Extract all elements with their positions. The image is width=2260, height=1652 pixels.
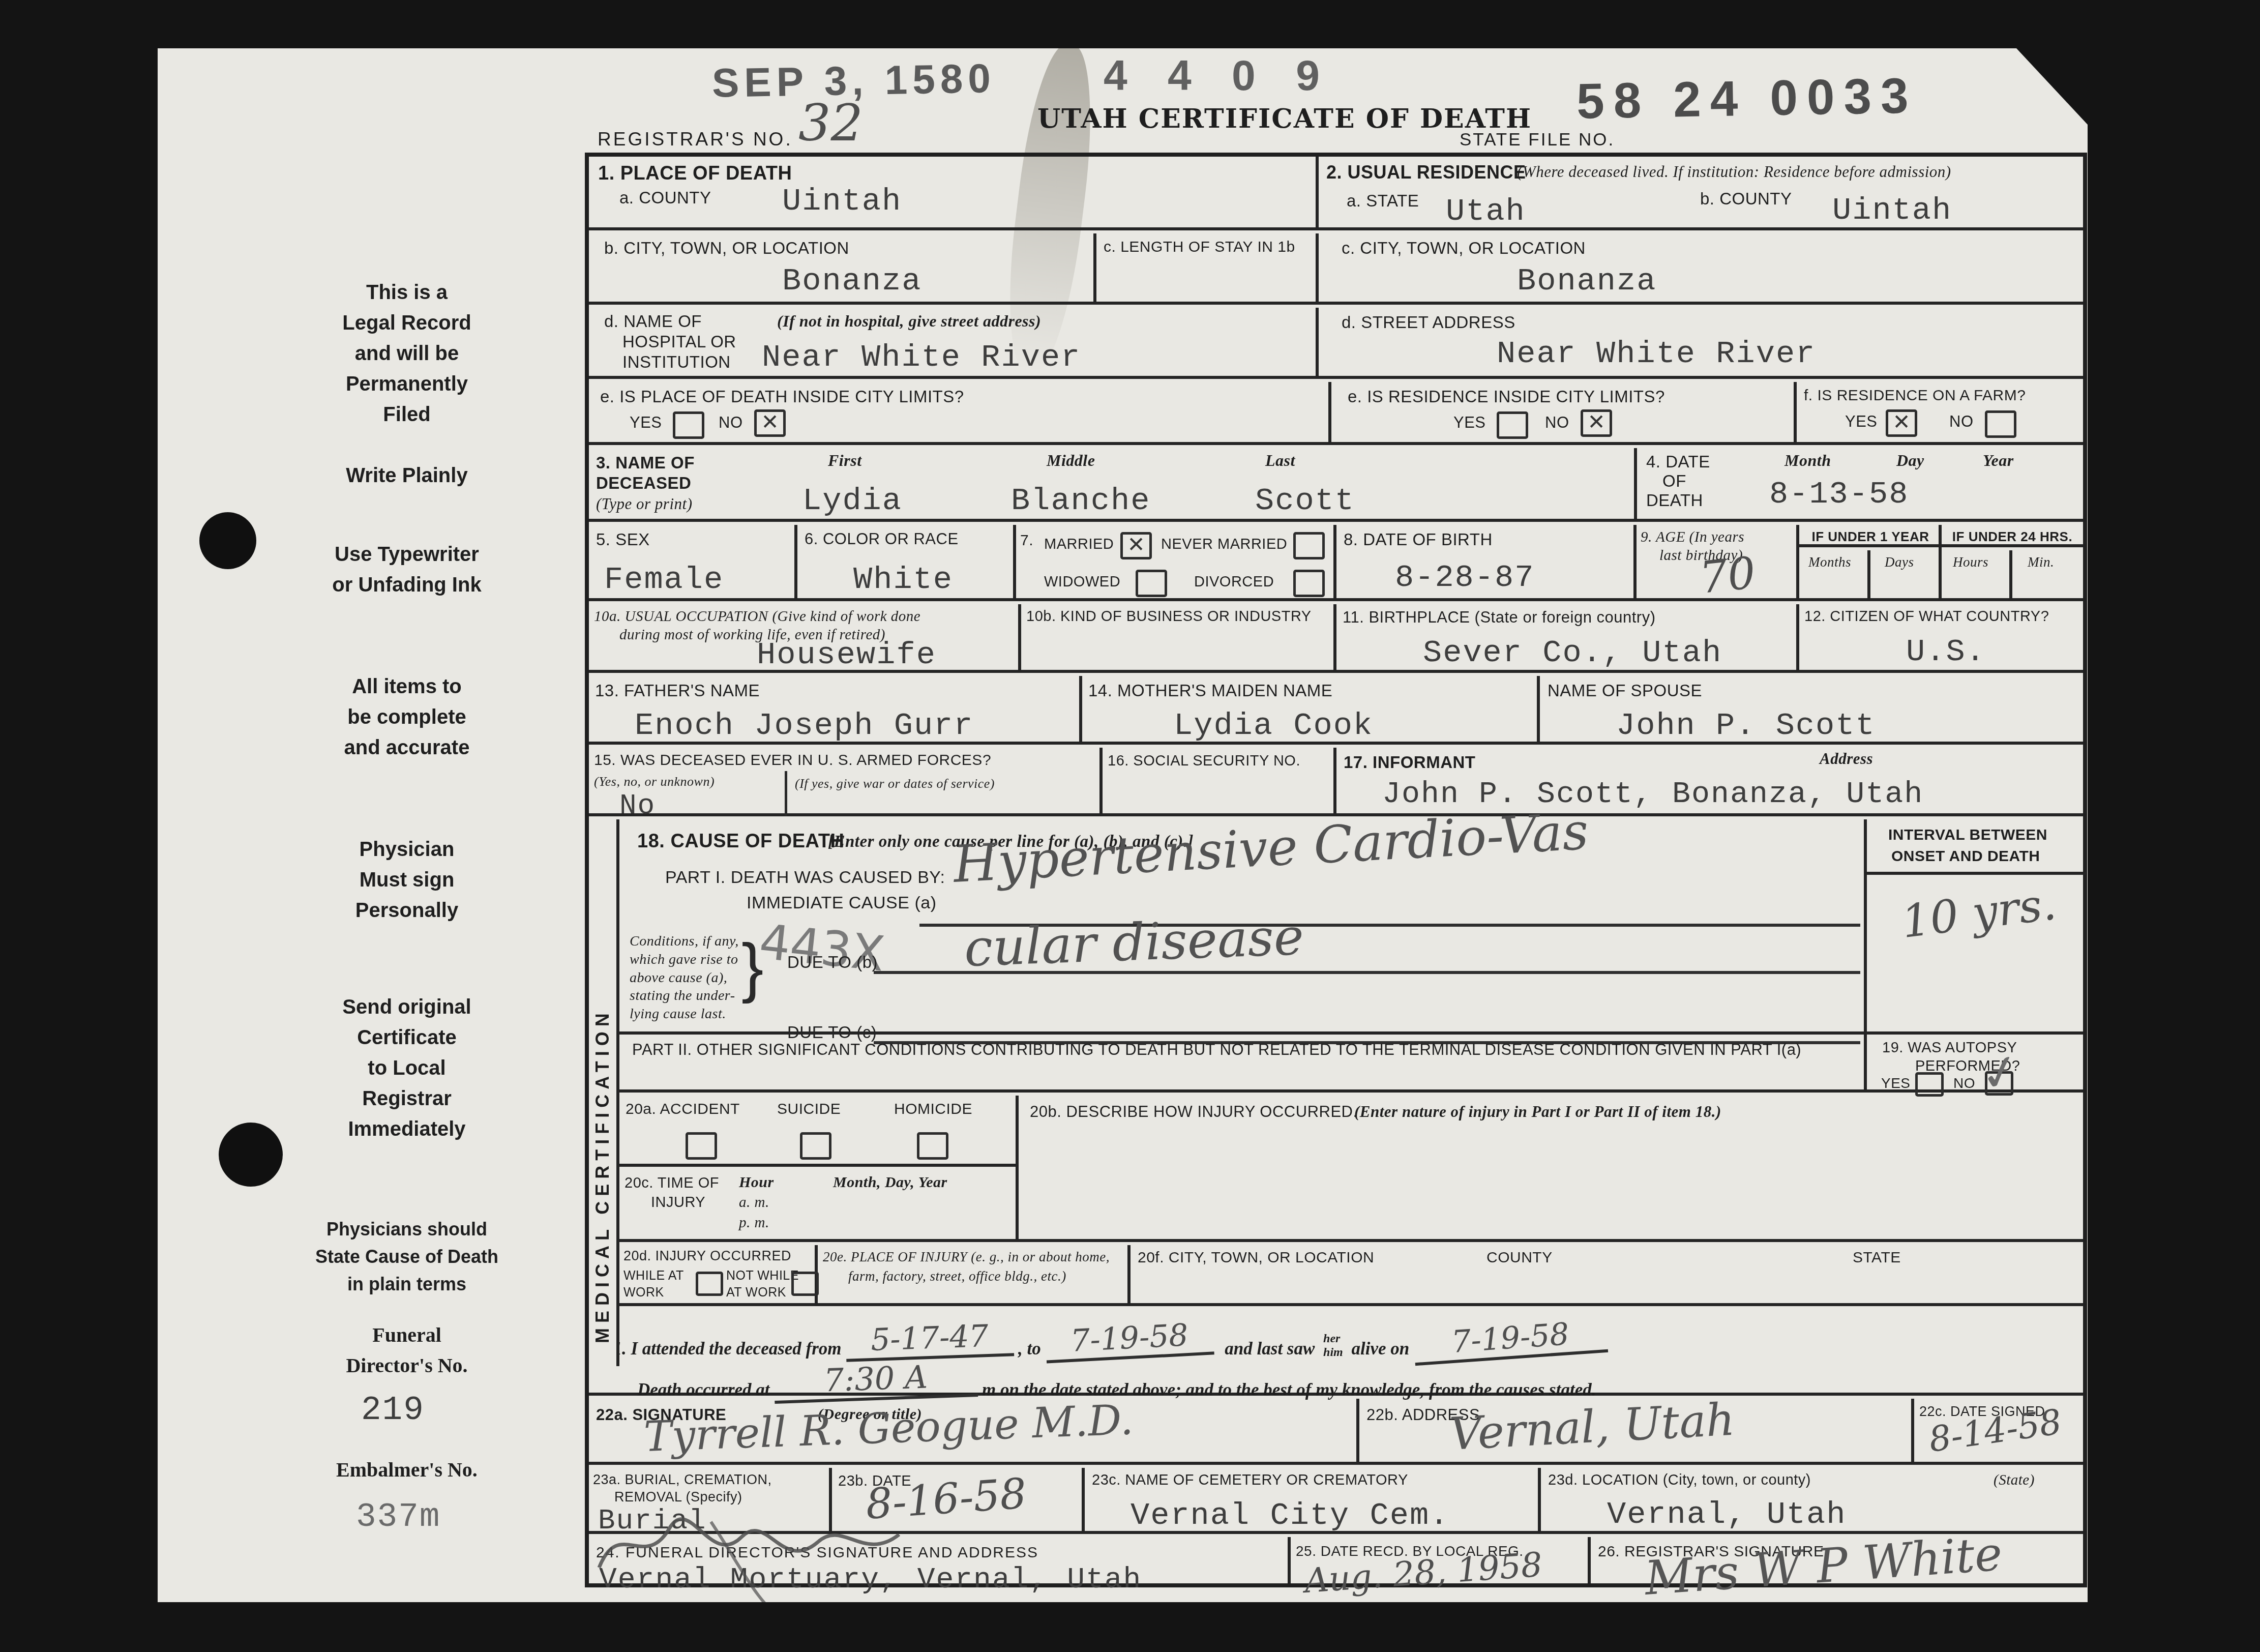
father-label: 13. FATHER'S NAME (595, 681, 760, 700)
informant-address-label: Address (1820, 750, 1873, 768)
registrar-no-label: REGISTRAR'S NO. (598, 129, 793, 150)
residence-county-value: Uintah (1832, 192, 1952, 228)
residence-city-value: Bonanza (1517, 263, 1656, 299)
never-married-label: NEVER MARRIED (1161, 536, 1287, 553)
month-day-year-label: Month, Day, Year (833, 1174, 947, 1191)
date-of-death-value: 8-13-58 (1769, 476, 1909, 512)
citizen-label: 12. CITIZEN OF WHAT COUNTRY? (1804, 608, 2049, 625)
min-label: Min. (2028, 554, 2054, 570)
describe-injury-note: (Enter nature of injury in Part I or Par… (1354, 1103, 1721, 1121)
never-married-checkbox (1293, 532, 1325, 559)
while-at-work-label: WHILE AT WORK (623, 1267, 684, 1301)
spouse-label: NAME OF SPOUSE (1548, 681, 1702, 700)
due-to-b-label: DUE TO (b) (787, 953, 878, 972)
last-name-value: Scott (1255, 483, 1355, 519)
divorced-checkbox (1293, 570, 1325, 597)
place-of-death-title: 1. PLACE OF DEATH (598, 163, 792, 185)
date-of-birth-label: 8. DATE OF BIRTH (1344, 530, 1493, 549)
cause-line-b (874, 941, 1860, 974)
residence-limits-yes-checkbox (1497, 411, 1528, 439)
margin-note-physician-sign: Physician Must sign Personally (300, 834, 514, 926)
place-county-label: a. COUNTY (619, 188, 711, 208)
hospital-note: (If not in hospital, give street address… (777, 312, 1041, 331)
burial-location-label: 23d. LOCATION (City, town, or county) (1548, 1472, 1811, 1489)
days-label: Days (1885, 554, 1914, 570)
funeral-director-no-label: Funeral Director's No. (300, 1320, 514, 1381)
residence-state-value: Utah (1446, 193, 1526, 229)
father-value: Enoch Joseph Gurr (635, 707, 974, 744)
day-label: Day (1896, 451, 1924, 470)
registrar-no-value: 32 (798, 93, 863, 153)
residence-city-limits-label: e. IS RESIDENCE INSIDE CITY LIMITS? (1348, 387, 1665, 406)
first-name-label: First (828, 451, 862, 470)
mother-value: Lydia Cook (1174, 707, 1373, 744)
place-county-value: Uintah (782, 183, 902, 219)
funeral-director-no-value: 219 (361, 1391, 425, 1429)
part1-label: PART I. DEATH WAS CAUSED BY: (665, 868, 945, 888)
certificate-form: 1. PLACE OF DEATH a. COUNTY Uintah 2. US… (585, 153, 2087, 1587)
birthplace-value: Sever Co., Utah (1423, 635, 1722, 671)
year-label: Year (1983, 451, 2014, 470)
margin-note-typewriter: Use Typewriter or Unfading Ink (300, 539, 514, 600)
cemetery-value: Vernal City Cem. (1131, 1497, 1449, 1533)
margin-note-write-plainly: Write Plainly (300, 460, 514, 491)
burial-label-1: 23a. BURIAL, CREMATION, (593, 1472, 772, 1488)
first-name-value: Lydia (802, 483, 902, 519)
last-seen-value: 7-19-58 (1413, 1314, 1608, 1366)
date-of-birth-value: 8-28-87 (1395, 559, 1534, 596)
marital-number: 7. (1020, 532, 1033, 549)
medical-certification-label: MEDICAL CERTIFICATION (592, 860, 613, 1343)
death-limits-no-checkbox: ✕ (754, 409, 786, 437)
month-label: Month (1785, 451, 1831, 470)
hospital-label-3: INSTITUTION (622, 352, 731, 372)
him-label: him (1323, 1346, 1343, 1359)
place-of-injury-label-2: farm, factory, street, office bldg., etc… (848, 1268, 1066, 1284)
certificate-paper: SEP 3, 1580 4 4 0 9 UTAH CERTIFICATE OF … (158, 48, 2088, 1602)
date-of-death-label-2: OF (1662, 471, 1686, 491)
not-while-at-work-checkbox (791, 1272, 819, 1296)
cemetery-label: 23c. NAME OF CEMETERY OR CREMATORY (1092, 1472, 1408, 1489)
street-address-value: Near White River (1497, 336, 1816, 372)
mother-label: 14. MOTHER'S MAIDEN NAME (1088, 681, 1332, 700)
hospital-value: Near White River (762, 339, 1081, 375)
age-label-1: 9. AGE (In years (1641, 529, 1744, 546)
registrar-signature-value: Mrs W P White (1643, 1526, 2004, 1606)
time-of-injury-label-1: 20c. TIME OF (625, 1175, 719, 1192)
hospital-label-2: HOSPITAL OR (622, 332, 736, 351)
pm-label: p. m. (739, 1215, 769, 1231)
armed-forces-note-1: (Yes, no, or unknown) (594, 774, 715, 789)
death-time-value: 7:30 A (774, 1356, 978, 1404)
farm-no-label: NO (1949, 412, 1974, 431)
form-title: UTAH CERTIFICATE OF DEATH (1037, 103, 1532, 134)
farm-yes-checkbox: ✕ (1886, 409, 1917, 437)
burial-location-state-note: (State) (1994, 1472, 2035, 1489)
accident-label: 20a. ACCIDENT (626, 1101, 740, 1118)
death-city-limits-label: e. IS PLACE OF DEATH INSIDE CITY LIMITS? (600, 387, 964, 406)
farm-no-checkbox (1985, 410, 2016, 438)
state-file-label: STATE FILE NO. (1460, 130, 1615, 150)
her-label: her (1323, 1332, 1343, 1345)
accident-checkbox (686, 1132, 717, 1160)
ssn-label: 16. SOCIAL SECURITY NO. (1108, 753, 1300, 770)
armed-forces-note-2: (If yes, give war or dates of service) (795, 776, 995, 791)
cause-code-pencil: 443X (757, 914, 887, 983)
cause-of-death-title: 18. CAUSE OF DEATH (637, 831, 844, 852)
middle-name-value: Blanche (1011, 483, 1150, 519)
death-limits-yes-checkbox (673, 411, 704, 439)
length-of-stay-label: c. LENGTH OF STAY IN 1b (1104, 239, 1295, 256)
if-under-1-year-label: IF UNDER 1 YEAR (1799, 525, 1942, 547)
married-checkbox: ✕ (1120, 532, 1152, 559)
immediate-cause-label: IMMEDIATE CAUSE (a) (747, 893, 936, 913)
spouse-value: John P. Scott (1616, 707, 1876, 744)
state-file-stamp: 58 24 0033 (1576, 67, 1918, 130)
informant-value: John P. Scott, Bonanza, Utah (1382, 777, 1923, 812)
time-of-injury-label-2: INJURY (651, 1194, 705, 1211)
conditions-note: Conditions, if any, which gave rise to a… (630, 932, 739, 1023)
suicide-label: SUICIDE (777, 1101, 841, 1118)
deceased-note: (Type or print) (596, 495, 692, 513)
injury-occurred-label: 20d. INJURY OCCURRED (623, 1248, 791, 1264)
death-occurred-rest: m on the date stated above; and to the b… (982, 1380, 1596, 1400)
armed-forces-value: No (619, 789, 656, 822)
hospital-label-1: d. NAME OF (604, 312, 702, 331)
informant-label: 17. INFORMANT (1344, 753, 1476, 772)
attended-saw: and last saw (1225, 1339, 1315, 1359)
punch-hole (219, 1123, 283, 1187)
describe-injury-label: 20b. DESCRIBE HOW INJURY OCCURRED. (1030, 1103, 1358, 1121)
widowed-checkbox (1136, 570, 1167, 597)
place-city-label: b. CITY, TOWN, OR LOCATION (604, 239, 849, 258)
residence-limits-no-label: NO (1545, 414, 1569, 432)
divorced-label: DIVORCED (1194, 574, 1274, 591)
attended-to-value: 7-19-58 (1045, 1316, 1214, 1363)
injury-county-label: COUNTY (1486, 1249, 1553, 1266)
death-limits-yes-label: YES (630, 414, 662, 432)
date-of-death-label-3: DEATH (1646, 491, 1703, 510)
embalmer-no-label: Embalmer's No. (300, 1455, 514, 1485)
citizen-value: U.S. (1906, 634, 1986, 670)
am-label: a. m. (739, 1194, 769, 1211)
deceased-title-2: DECEASED (596, 474, 691, 493)
homicide-label: HOMICIDE (894, 1101, 972, 1118)
residence-title: 2. USUAL RESIDENCE (1326, 162, 1526, 183)
hour-label: Hour (739, 1174, 774, 1191)
injury-city-label: 20f. CITY, TOWN, OR LOCATION (1138, 1249, 1374, 1266)
scanned-death-certificate: SEP 3, 1580 4 4 0 9 UTAH CERTIFICATE OF … (0, 0, 2260, 1652)
autopsy-yes-label: YES (1881, 1075, 1911, 1091)
months-label: Months (1808, 554, 1851, 570)
industry-label: 10b. KIND OF BUSINESS OR INDUSTRY (1026, 608, 1312, 625)
autopsy-no-label: NO (1953, 1075, 1975, 1091)
age-value: 70 (1698, 547, 1758, 604)
interval-label-2: ONSET AND DEATH (1891, 848, 2040, 865)
interval-label-1: INTERVAL BETWEEN (1888, 827, 2047, 844)
funeral-director-signature-scribble (589, 1507, 945, 1588)
margin-note-complete: All items to be complete and accurate (300, 671, 514, 763)
deceased-title-1: 3. NAME OF (596, 453, 695, 473)
burial-label-2: REMOVAL (Specify) (614, 1489, 742, 1505)
attended-comma-to: , to (1018, 1339, 1041, 1359)
last-name-label: Last (1265, 451, 1295, 470)
farm-yes-label: YES (1845, 412, 1878, 431)
not-while-at-work-label: NOT WHILE AT WORK (726, 1267, 799, 1301)
residence-title-note: (Where deceased lived. If institution: R… (1517, 163, 1951, 181)
place-of-injury-label-1: 20e. PLACE OF INJURY (e. g., in or about… (823, 1249, 1110, 1265)
embalmer-no-value: 337m (356, 1498, 440, 1536)
race-label: 6. COLOR OR RACE (805, 530, 959, 548)
interval-value: 10 yrs. (1898, 877, 2059, 948)
burial-location-value: Vernal, Utah (1607, 1496, 1846, 1532)
attended-alive-on: alive on (1352, 1339, 1410, 1359)
race-value: White (853, 562, 953, 598)
death-limits-no-label: NO (719, 414, 743, 432)
punch-hole (199, 512, 256, 569)
farm-label: f. IS RESIDENCE ON A FARM? (1804, 387, 2026, 404)
street-address-label: d. STREET ADDRESS (1342, 313, 1515, 332)
residence-limits-no-checkbox: ✕ (1581, 409, 1612, 437)
armed-forces-label: 15. WAS DECEASED EVER IN U. S. ARMED FOR… (594, 752, 991, 769)
while-at-work-checkbox (696, 1272, 723, 1296)
birthplace-label: 11. BIRTHPLACE (State or foreign country… (1343, 608, 1656, 627)
suicide-checkbox (800, 1132, 831, 1160)
autopsy-yes-checkbox (1915, 1072, 1944, 1097)
signature-address-value: Vernal, Utah (1448, 1393, 1736, 1460)
attended-from-value: 5-17-47 (845, 1317, 1014, 1362)
occupation-label-1: 10a. USUAL OCCUPATION (Give kind of work… (594, 608, 920, 625)
death-occurred-at: Death occurred at (637, 1380, 770, 1400)
occupation-value: Housewife (757, 637, 936, 673)
attended-lead: 21. I attended the deceased from (604, 1339, 842, 1359)
injury-state-label: STATE (1853, 1249, 1901, 1266)
part2-label: PART II. OTHER SIGNIFICANT CONDITIONS CO… (632, 1041, 1801, 1059)
place-city-value: Bonanza (782, 263, 921, 299)
margin-note-cause-terms: Physicians should State Cause of Death i… (300, 1216, 514, 1298)
residence-limits-yes-label: YES (1453, 414, 1486, 432)
middle-name-label: Middle (1047, 451, 1095, 470)
sex-value: Female (604, 562, 724, 598)
margin-note-legal-record: This is a Legal Record and will be Perma… (300, 277, 514, 430)
if-under-24-hrs-label: IF UNDER 24 HRS. (1942, 525, 2083, 547)
residence-state-label: a. STATE (1347, 191, 1419, 211)
residence-county-label: b. COUNTY (1700, 189, 1792, 209)
homicide-checkbox (917, 1132, 948, 1160)
sex-label: 5. SEX (596, 530, 650, 549)
widowed-label: WIDOWED (1044, 574, 1120, 591)
date-of-death-label-1: 4. DATE (1646, 452, 1710, 471)
number-stamp: 4 4 0 9 (1104, 51, 1334, 100)
conditions-brace: } (741, 929, 764, 1005)
residence-city-label: c. CITY, TOWN, OR LOCATION (1342, 239, 1586, 258)
married-label: MARRIED (1044, 536, 1114, 553)
hours-label: Hours (1953, 554, 1988, 570)
margin-note-send-original: Send original Certificate to Local Regis… (300, 992, 514, 1144)
